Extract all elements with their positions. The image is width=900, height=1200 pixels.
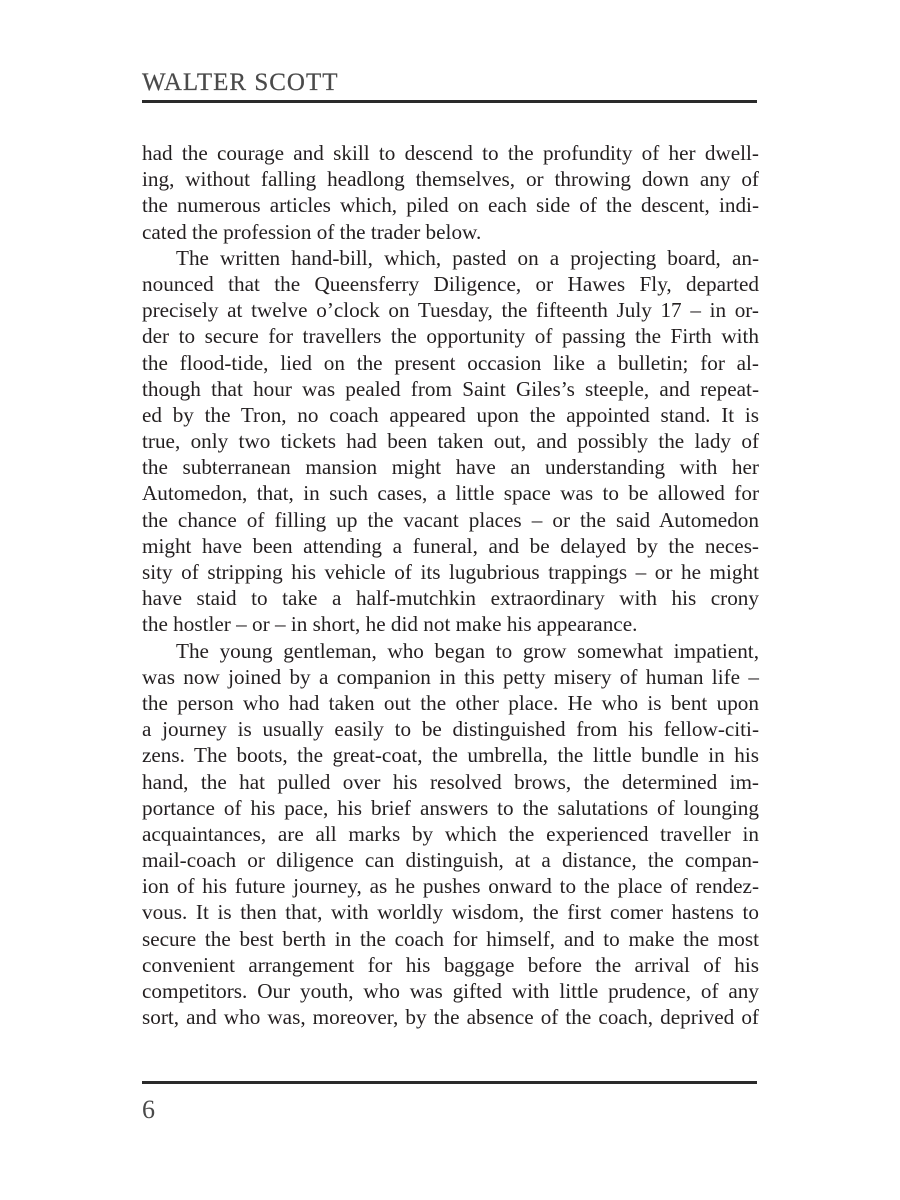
text-line: ing, without falling headlong themselves… — [142, 166, 759, 192]
text-line: zens. The boots, the great-coat, the umb… — [142, 742, 759, 768]
text-line: convenient arrangement for his baggage b… — [142, 952, 759, 978]
paragraph: The written hand-bill, which, pasted on … — [142, 245, 759, 638]
text-line: the flood-tide, lied on the present occa… — [142, 350, 759, 376]
text-line: have staid to take a half-mutchkin extra… — [142, 585, 759, 611]
paragraph: The young gentleman, who began to grow s… — [142, 638, 759, 1031]
text-line: sort, and who was, moreover, by the abse… — [142, 1004, 759, 1030]
text-line: might have been attending a funeral, and… — [142, 533, 759, 559]
text-line: the hostler – or – in short, he did not … — [142, 611, 759, 637]
text-line: Automedon, that, in such cases, a little… — [142, 480, 759, 506]
text-line: was now joined by a companion in this pe… — [142, 664, 759, 690]
running-head-title: WALTER SCOTT — [142, 68, 339, 98]
text-line: secure the best berth in the coach for h… — [142, 926, 759, 952]
text-line: ion of his future journey, as he pushes … — [142, 873, 759, 899]
paragraph: had the courage and skill to descend to … — [142, 140, 759, 245]
text-line: cated the profession of the trader below… — [142, 219, 759, 245]
text-line: nounced that the Queensferry Diligence, … — [142, 271, 759, 297]
text-line: true, only two tickets had been taken ou… — [142, 428, 759, 454]
text-line: the subterranean mansion might have an u… — [142, 454, 759, 480]
text-line: portance of his pace, his brief answers … — [142, 795, 759, 821]
header-rule — [142, 100, 757, 103]
text-line: hand, the hat pulled over his resolved b… — [142, 769, 759, 795]
text-line: acquaintances, are all marks by which th… — [142, 821, 759, 847]
text-line: the chance of filling up the vacant plac… — [142, 507, 759, 533]
text-line: though that hour was pealed from Saint G… — [142, 376, 759, 402]
text-line: a journey is usually easily to be distin… — [142, 716, 759, 742]
text-line: der to secure for travellers the opportu… — [142, 323, 759, 349]
text-line: had the courage and skill to descend to … — [142, 140, 759, 166]
text-line: mail-coach or diligence can distinguish,… — [142, 847, 759, 873]
text-line: the numerous articles which, piled on ea… — [142, 192, 759, 218]
page-number: 6 — [142, 1094, 155, 1126]
text-line: sity of stripping his vehicle of its lug… — [142, 559, 759, 585]
text-line: vous. It is then that, with worldly wisd… — [142, 899, 759, 925]
footer-rule — [142, 1081, 757, 1084]
text-line: ed by the Tron, no coach appeared upon t… — [142, 402, 759, 428]
text-line: the person who had taken out the other p… — [142, 690, 759, 716]
text-line: The written hand-bill, which, pasted on … — [142, 245, 759, 271]
text-line: The young gentleman, who began to grow s… — [142, 638, 759, 664]
text-line: precisely at twelve o’clock on Tuesday, … — [142, 297, 759, 323]
body-text: had the courage and skill to descend to … — [142, 140, 759, 1030]
text-line: competitors. Our youth, who was gifted w… — [142, 978, 759, 1004]
